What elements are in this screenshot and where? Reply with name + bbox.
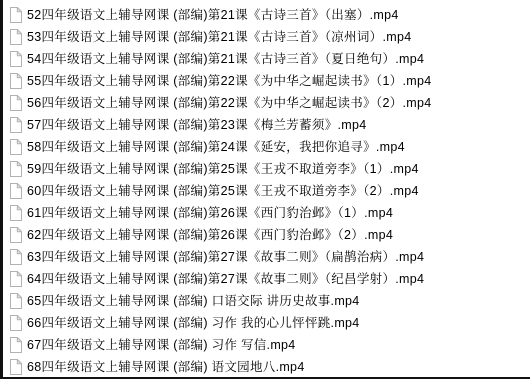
document-icon <box>9 337 22 353</box>
file-row[interactable]: 53四年级语文上辅导网课 (部编)第21课《古诗三首》（凉州词）.mp4 <box>9 26 432 48</box>
document-icon <box>9 227 22 243</box>
file-name: 54四年级语文上辅导网课 (部编)第21课《古诗三首》（夏日绝句）.mp4 <box>27 51 424 67</box>
file-name: 68四年级语文上辅导网课 (部编) 语文园地八.mp4 <box>27 359 305 375</box>
document-icon <box>9 205 22 221</box>
file-name: 64四年级语文上辅导网课 (部编)第27课《故事二则》（纪昌学射）.mp4 <box>27 271 424 287</box>
file-name: 60四年级语文上辅导网课 (部编)第25课《王戎不取道旁李》（2）.mp4 <box>27 183 419 199</box>
document-icon <box>9 139 22 155</box>
document-icon <box>9 95 22 111</box>
file-name: 53四年级语文上辅导网课 (部编)第21课《古诗三首》（凉州词）.mp4 <box>27 29 411 45</box>
file-list-window: 52四年级语文上辅导网课 (部编)第21课《古诗三首》（出塞）.mp4 53四年… <box>0 0 530 384</box>
file-row[interactable]: 65四年级语文上辅导网课 (部编) 口语交际 讲历史故事.mp4 <box>9 290 432 312</box>
document-icon <box>9 51 22 67</box>
file-row[interactable]: 68四年级语文上辅导网课 (部编) 语文园地八.mp4 <box>9 356 432 378</box>
file-name: 67四年级语文上辅导网课 (部编) 习作 写信.mp4 <box>27 337 296 353</box>
file-name: 62四年级语文上辅导网课 (部编)第26课《西门豹治邺》（2）.mp4 <box>27 227 393 243</box>
file-list: 52四年级语文上辅导网课 (部编)第21课《古诗三首》（出塞）.mp4 53四年… <box>9 4 432 378</box>
document-icon <box>9 271 22 287</box>
document-icon <box>9 73 22 89</box>
file-name: 63四年级语文上辅导网课 (部编)第27课《故事二则》（扁鹊治病）.mp4 <box>27 249 424 265</box>
file-name: 59四年级语文上辅导网课 (部编)第25课《王戎不取道旁李》（1）.mp4 <box>27 161 419 177</box>
document-icon <box>9 359 22 375</box>
document-icon <box>9 117 22 133</box>
file-row[interactable]: 64四年级语文上辅导网课 (部编)第27课《故事二则》（纪昌学射）.mp4 <box>9 268 432 290</box>
file-row[interactable]: 57四年级语文上辅导网课 (部编)第23课《梅兰芳蓄须》.mp4 <box>9 114 432 136</box>
document-icon <box>9 293 22 309</box>
document-icon <box>9 315 22 331</box>
file-row[interactable]: 63四年级语文上辅导网课 (部编)第27课《故事二则》（扁鹊治病）.mp4 <box>9 246 432 268</box>
document-icon <box>9 29 22 45</box>
file-row[interactable]: 55四年级语文上辅导网课 (部编)第22课《为中华之崛起读书》（1）.mp4 <box>9 70 432 92</box>
file-row[interactable]: 60四年级语文上辅导网课 (部编)第25课《王戎不取道旁李》（2）.mp4 <box>9 180 432 202</box>
file-row[interactable]: 66四年级语文上辅导网课 (部编) 习作 我的心儿怦怦跳.mp4 <box>9 312 432 334</box>
file-name: 58四年级语文上辅导网课 (部编)第24课《延安，我把你追寻》.mp4 <box>27 139 405 155</box>
file-row[interactable]: 52四年级语文上辅导网课 (部编)第21课《古诗三首》（出塞）.mp4 <box>9 4 432 26</box>
file-name: 61四年级语文上辅导网课 (部编)第26课《西门豹治邺》（1）.mp4 <box>27 205 393 221</box>
file-name: 55四年级语文上辅导网课 (部编)第22课《为中华之崛起读书》（1）.mp4 <box>27 73 432 89</box>
document-icon <box>9 183 22 199</box>
file-name: 57四年级语文上辅导网课 (部编)第23课《梅兰芳蓄须》.mp4 <box>27 117 367 133</box>
file-row[interactable]: 61四年级语文上辅导网课 (部编)第26课《西门豹治邺》（1）.mp4 <box>9 202 432 224</box>
file-name: 52四年级语文上辅导网课 (部编)第21课《古诗三首》（出塞）.mp4 <box>27 7 399 23</box>
file-row[interactable]: 59四年级语文上辅导网课 (部编)第25课《王戎不取道旁李》（1）.mp4 <box>9 158 432 180</box>
document-icon <box>9 249 22 265</box>
file-name: 65四年级语文上辅导网课 (部编) 口语交际 讲历史故事.mp4 <box>27 293 360 309</box>
file-name: 56四年级语文上辅导网课 (部编)第22课《为中华之崛起读书》（2）.mp4 <box>27 95 432 111</box>
window-left-border <box>0 0 3 379</box>
file-row[interactable]: 58四年级语文上辅导网课 (部编)第24课《延安，我把你追寻》.mp4 <box>9 136 432 158</box>
file-row[interactable]: 62四年级语文上辅导网课 (部编)第26课《西门豹治邺》（2）.mp4 <box>9 224 432 246</box>
file-row[interactable]: 56四年级语文上辅导网课 (部编)第22课《为中华之崛起读书》（2）.mp4 <box>9 92 432 114</box>
file-row[interactable]: 67四年级语文上辅导网课 (部编) 习作 写信.mp4 <box>9 334 432 356</box>
file-name: 66四年级语文上辅导网课 (部编) 习作 我的心儿怦怦跳.mp4 <box>27 315 360 331</box>
file-row[interactable]: 54四年级语文上辅导网课 (部编)第21课《古诗三首》（夏日绝句）.mp4 <box>9 48 432 70</box>
document-icon <box>9 161 22 177</box>
document-icon <box>9 7 22 23</box>
